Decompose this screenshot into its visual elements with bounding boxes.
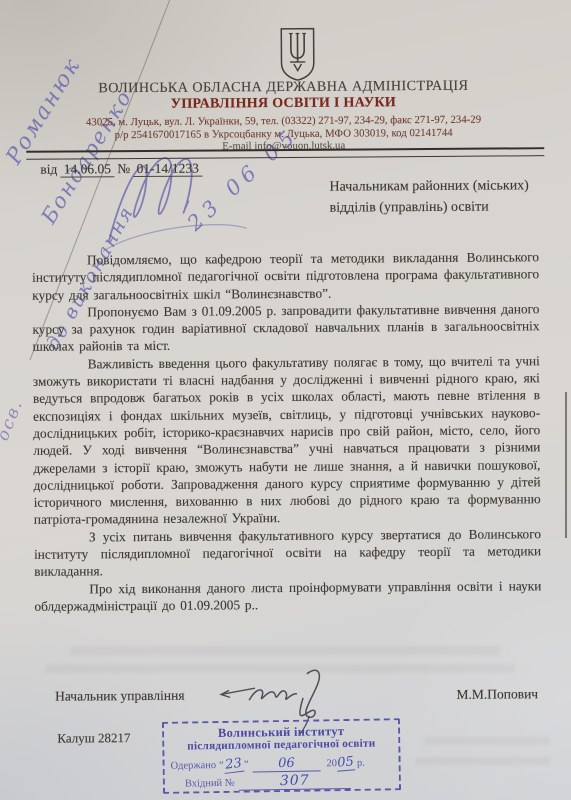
paragraph: З усіх питань вивчення факультативного к… bbox=[34, 525, 541, 580]
recipient-block: Начальникам районних (міських) відділів … bbox=[329, 175, 529, 218]
receipt-stamp: Волинський інститут післядипломної педаг… bbox=[162, 718, 401, 794]
stamp-incoming-number: 307 bbox=[239, 772, 351, 791]
ref-prefix: від bbox=[40, 162, 57, 177]
paragraph: Повідомляємо, що кафедрою теорії та мето… bbox=[32, 248, 539, 303]
department-name: УПРАВЛІННЯ ОСВІТИ І НАУКИ bbox=[0, 94, 569, 113]
quote-mark: ” bbox=[244, 760, 249, 771]
paragraph: Важливість введення цього факультативу п… bbox=[33, 352, 541, 529]
ref-date: 14.06.05 bbox=[61, 161, 114, 177]
signer-position: Начальник управління bbox=[55, 688, 185, 705]
recipient-line: відділів (управлінь) освіти bbox=[330, 196, 529, 218]
ukraine-trident-emblem bbox=[278, 26, 316, 83]
letterhead: ВОЛИНСЬКА ОБЛАСНА ДЕРЖАВНА АДМІНІСТРАЦІЯ… bbox=[0, 77, 569, 155]
reference-line: від 14.06.05 № 01-14/1233 bbox=[40, 161, 202, 178]
scanned-letter-page: Романюк Бондаренко до виконання осв. 23 … bbox=[0, 0, 571, 800]
paragraph: Пропонуємо Вам з 01.09.2005 р. запровади… bbox=[32, 300, 539, 355]
typist-code: Калуш 28217 bbox=[57, 730, 130, 747]
stamp-incoming-label: Вхідний № bbox=[185, 778, 235, 790]
paragraph: Про хід виконання даного листа проінформ… bbox=[34, 577, 541, 615]
recipient-line: Начальникам районних (міських) bbox=[329, 175, 528, 197]
stamp-received-day: 23 bbox=[223, 756, 245, 774]
stamp-received-month: 06 bbox=[252, 755, 320, 772]
handwritten-annotation: осв. bbox=[0, 396, 27, 443]
stamp-year-suffix: р. bbox=[357, 758, 365, 769]
ref-number: 01-14/1233 bbox=[134, 161, 202, 177]
stamp-institute-line2: післядипломної педагогічної освіти bbox=[170, 737, 392, 753]
stamp-received-year: 05 bbox=[336, 754, 355, 771]
signer-name: М.М.Попович bbox=[456, 686, 538, 703]
stamp-incoming-row: Вхідний № 307 bbox=[185, 771, 393, 791]
letter-body: Повідомляємо, що кафедрою теорії та мето… bbox=[32, 248, 542, 615]
stamp-received-label: Одержано bbox=[171, 760, 217, 772]
ref-number-sign: № bbox=[117, 161, 130, 176]
